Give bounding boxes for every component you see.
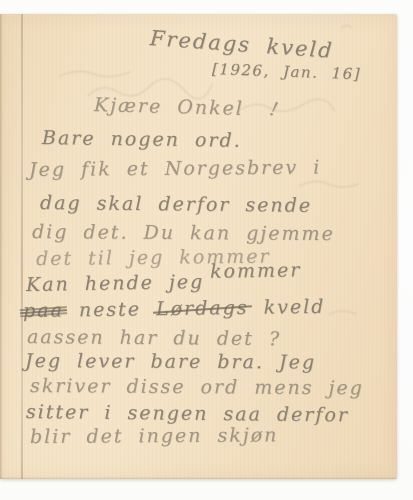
word-spacer <box>141 298 156 320</box>
body-line-start: Kan hende jeg <box>26 271 205 296</box>
body-line-kan-hende: Kan hende jegkommer <box>26 269 302 296</box>
salutation: Kjære Onkel! <box>94 94 280 121</box>
body-line: dig det. Du kan gjemme <box>32 221 335 245</box>
body-line: blir det ingen skjøn <box>30 424 279 448</box>
salutation-text: Kjære Onkel <box>94 94 244 120</box>
paper-left-edge-shadow <box>0 14 3 479</box>
word-spacer <box>248 297 263 319</box>
body-line: Jeg lever bare bra. Jeg <box>25 350 316 374</box>
inserted-word-above-line: kommer <box>210 259 302 283</box>
paper-bottom-edge-shadow <box>0 477 397 479</box>
body-line-end: kveld <box>263 296 325 319</box>
body-line: Jeg fik et Norgesbrev i <box>29 156 321 181</box>
body-line: Bare nogen ord. <box>42 127 242 152</box>
struck-out-word: paa <box>23 299 64 322</box>
struck-out-word: Lørdags <box>156 297 249 320</box>
salutation-exclamation: ! <box>267 98 282 122</box>
body-line: aassen har du det ? <box>27 326 281 350</box>
body-line-middle: neste <box>79 298 141 321</box>
body-line-with-corrections: paa neste Lørdags kveld <box>23 296 326 322</box>
body-line: dag skal derfor sende <box>40 192 312 217</box>
letter-page: Fredags kveld [1926, Jan. 16] Kjære Onke… <box>0 14 397 479</box>
fold-crease-line <box>20 14 23 479</box>
body-line: sitter i sengen saa derfor <box>26 401 349 426</box>
body-line: skriver disse ord mens jeg <box>30 375 364 399</box>
dateline: Fredags kveld <box>149 26 334 63</box>
archival-date: [1926, Jan. 16] <box>212 60 362 83</box>
